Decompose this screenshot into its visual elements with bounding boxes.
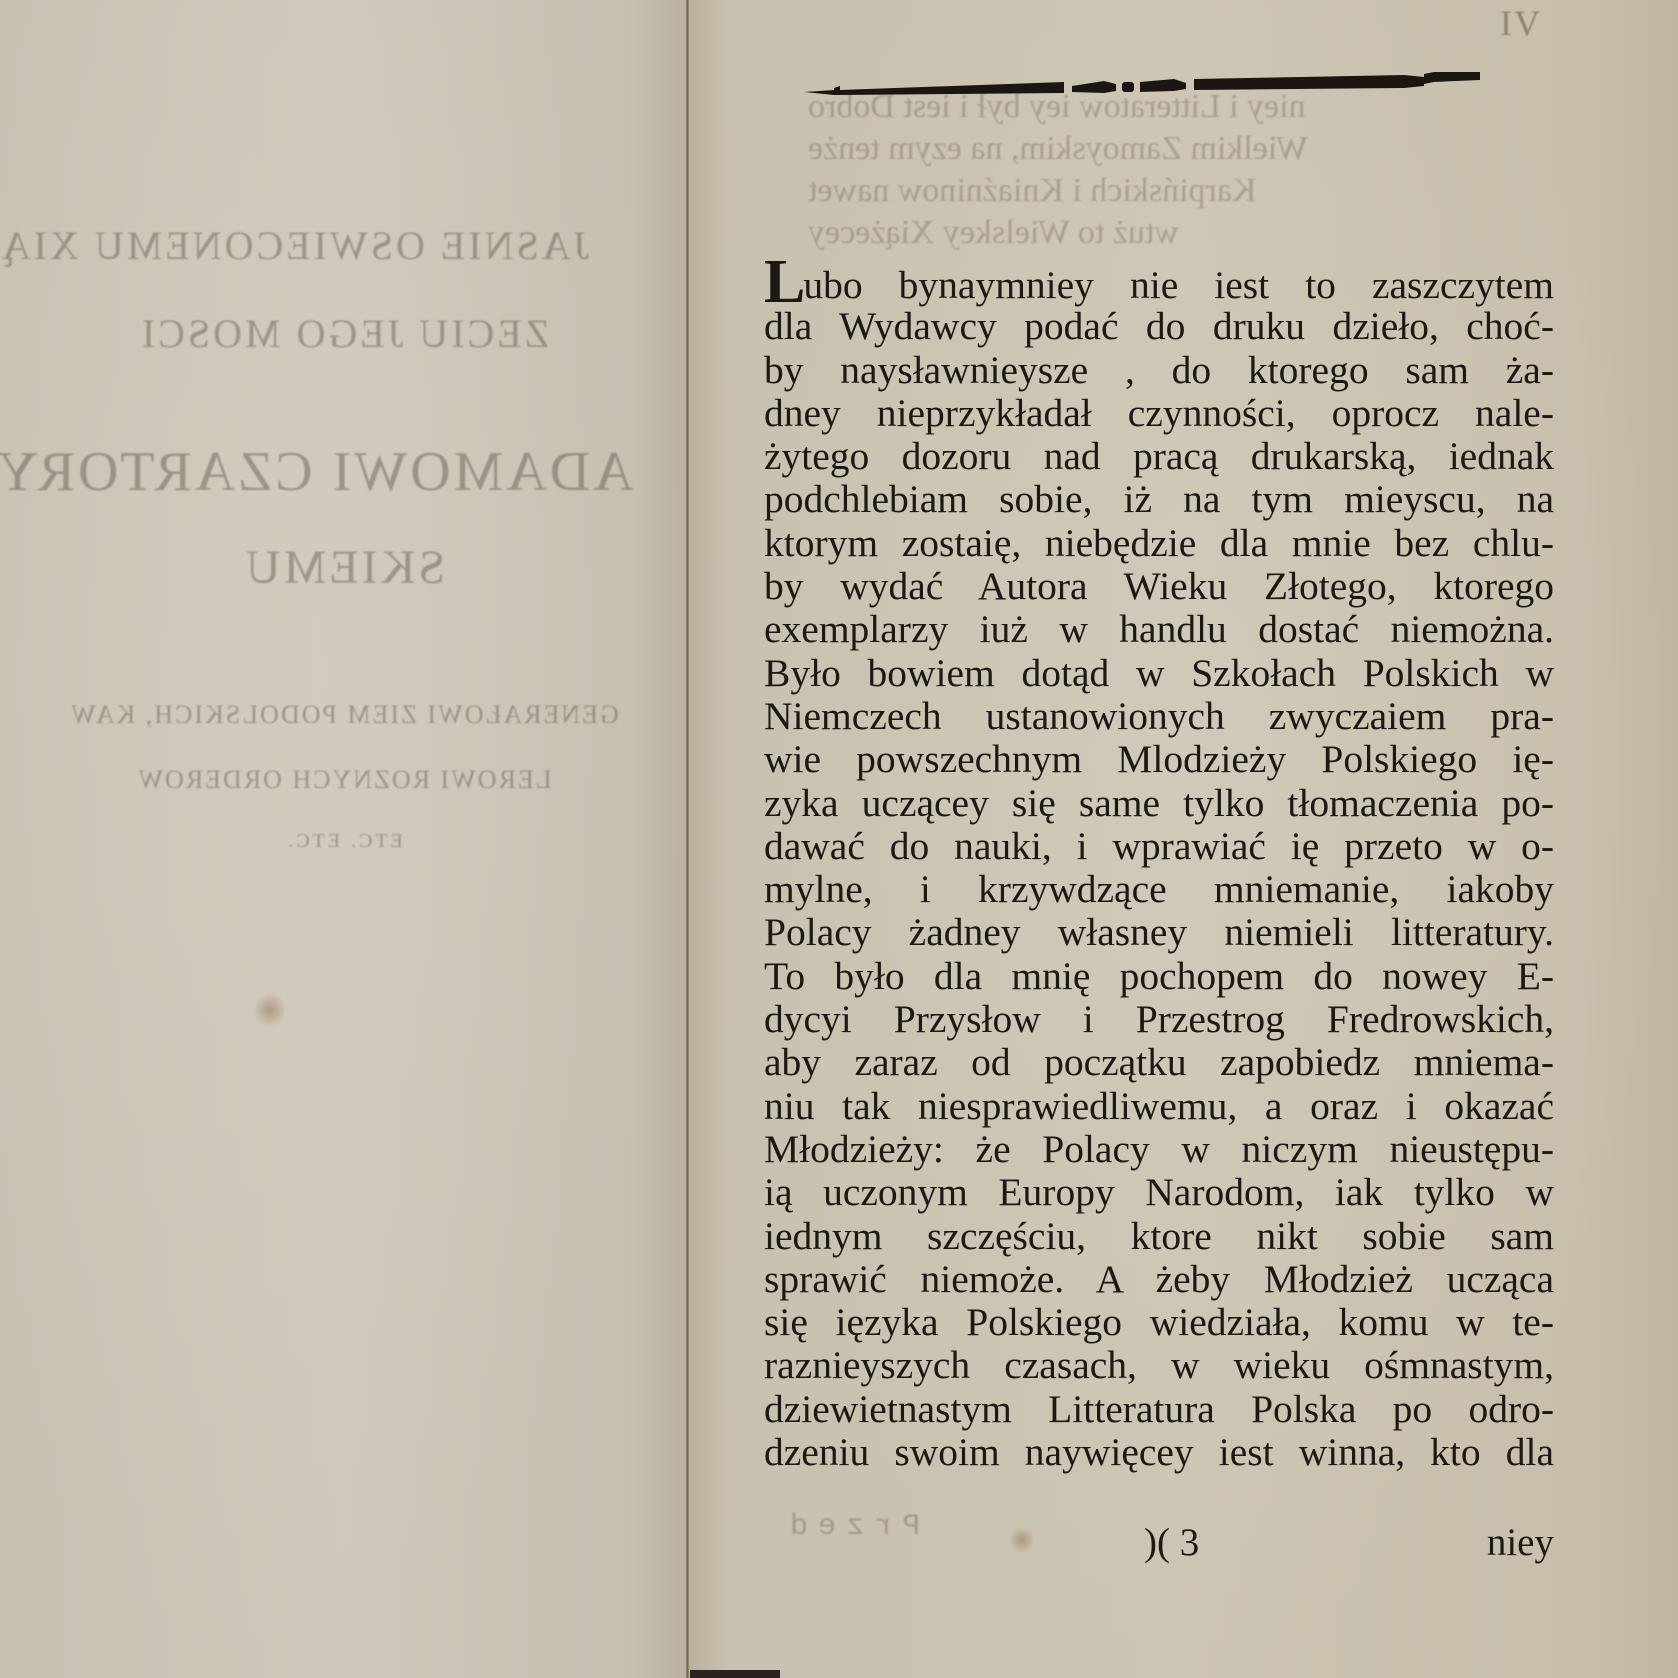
text-line: dzeniu swoim naywięcey iest winna, kto d… xyxy=(764,1431,1554,1474)
ornament-rule-icon xyxy=(804,62,1480,102)
text-line: dney nieprzykładał czynności, oprocz nal… xyxy=(764,392,1554,435)
spine-band xyxy=(690,1670,780,1678)
text-line: się ięzyka Polskiego wiedziała, komu w t… xyxy=(764,1301,1554,1344)
bleed-line: GENERAŁOWI ZIEM PODOLSKICH, KAW xyxy=(0,700,728,730)
bleed-line: Karpińskich i Kniaźninow nawet xyxy=(808,172,1257,210)
bleed-line: LEROWI ROZNYCH ORDEROW xyxy=(60,765,628,795)
text-line: zyka uczącey się same tylko tłomaczenia … xyxy=(764,782,1554,825)
text-line-1: Lubo bynaymniey nie iest to zaszczytem xyxy=(764,262,1554,305)
right-page-bleed-through: niey i Litteratow iey był i iest Dobro W… xyxy=(688,0,1678,300)
text-line: exemplarzy iuż w handlu dostać niemożna. xyxy=(764,608,1554,651)
signature-mark: )( 3 xyxy=(1144,1520,1199,1565)
bleed-line: ZECIU JEGO MOSCI xyxy=(90,310,598,357)
text-line: by wydać Autora Wieku Złotego, ktorego xyxy=(764,565,1554,608)
text-line: Niemczech ustanowionych zwyczaiem pra- xyxy=(764,695,1554,738)
text-line: niu tak niesprawiedliwemu, a oraz i okaz… xyxy=(764,1085,1554,1128)
left-page: JASNIE OSWIECONEMU XIĄ ZECIU JEGO MOSCI … xyxy=(0,0,688,1678)
book-spread: JASNIE OSWIECONEMU XIĄ ZECIU JEGO MOSCI … xyxy=(0,0,1678,1678)
text-line: aby zaraz od początku zapobiedz mniema- xyxy=(764,1041,1554,1084)
text-line: ią uczonym Europy Narodom, iak tylko w xyxy=(764,1171,1554,1214)
foxing-stain xyxy=(255,990,285,1030)
bleed-line: ETC. ETC. xyxy=(150,830,538,853)
text-line: Było bowiem dotąd w Szkołach Polskich w xyxy=(764,652,1554,695)
text-line: podchlebiam sobie, iż na tym mieyscu, na xyxy=(764,478,1554,521)
text-line: dziewietnastym Litteratura Polska po odr… xyxy=(764,1388,1554,1431)
bleed-line: wtuż to Wielskey Xiążecey xyxy=(808,214,1179,252)
text-line: Polacy żadney własney niemieli litteratu… xyxy=(764,911,1554,954)
text-line: Młodzieży: że Polacy w niczym nieustępu- xyxy=(764,1128,1554,1171)
text-line: żytego dozoru nad pracą drukarską, iedna… xyxy=(764,435,1554,478)
text-line: by naysławnieysze , do ktorego sam ża- xyxy=(764,349,1554,392)
text-line: mylne, i krzywdzące mniemanie, iakoby xyxy=(764,868,1554,911)
text-line: ktorym zostaię, niebędzie dla mnie bez c… xyxy=(764,522,1554,565)
gutter-fold xyxy=(686,0,689,1678)
bleed-line: Wielkim Zamoyskim, na ezym tenże xyxy=(808,130,1308,168)
text-line: dycyi Przysłow i Przestrog Fredrowskich, xyxy=(764,998,1554,1041)
text-line: raznieyszych czasach, w wieku ośmnastym, xyxy=(764,1344,1554,1387)
preface-text: Lubo bynaymniey nie iest to zaszczytem d… xyxy=(764,262,1554,1474)
page-footer: )( 3 niey xyxy=(764,1520,1554,1570)
bleed-line: SKIEMU xyxy=(0,540,688,595)
text-line: To było dla mnię pochopem do nowey E- xyxy=(764,955,1554,998)
text-line: dawać do nauki, i wprawiać ię przeto w o… xyxy=(764,825,1554,868)
foxing-stain xyxy=(1010,1525,1034,1555)
page-number: IV xyxy=(1500,2,1542,44)
bleed-line: JASNIE OSWIECONEMU XIĄ xyxy=(0,222,648,269)
text-line: wie powszechnym Mlodzieży Polskiego ię- xyxy=(764,738,1554,781)
catchword: niey xyxy=(1487,1520,1554,1565)
left-page-bleed-through: JASNIE OSWIECONEMU XIĄ ZECIU JEGO MOSCI … xyxy=(0,0,688,1678)
text-line: iednym szczęściu, ktore nikt sobie sam xyxy=(764,1215,1554,1258)
bleed-line: ADAMOWI CZARTORY xyxy=(0,440,708,504)
text-line: dla Wydawcy podać do druku dzieło, choć- xyxy=(764,305,1554,348)
text-line: sprawić niemoże. A żeby Młodzież ucząca xyxy=(764,1258,1554,1301)
